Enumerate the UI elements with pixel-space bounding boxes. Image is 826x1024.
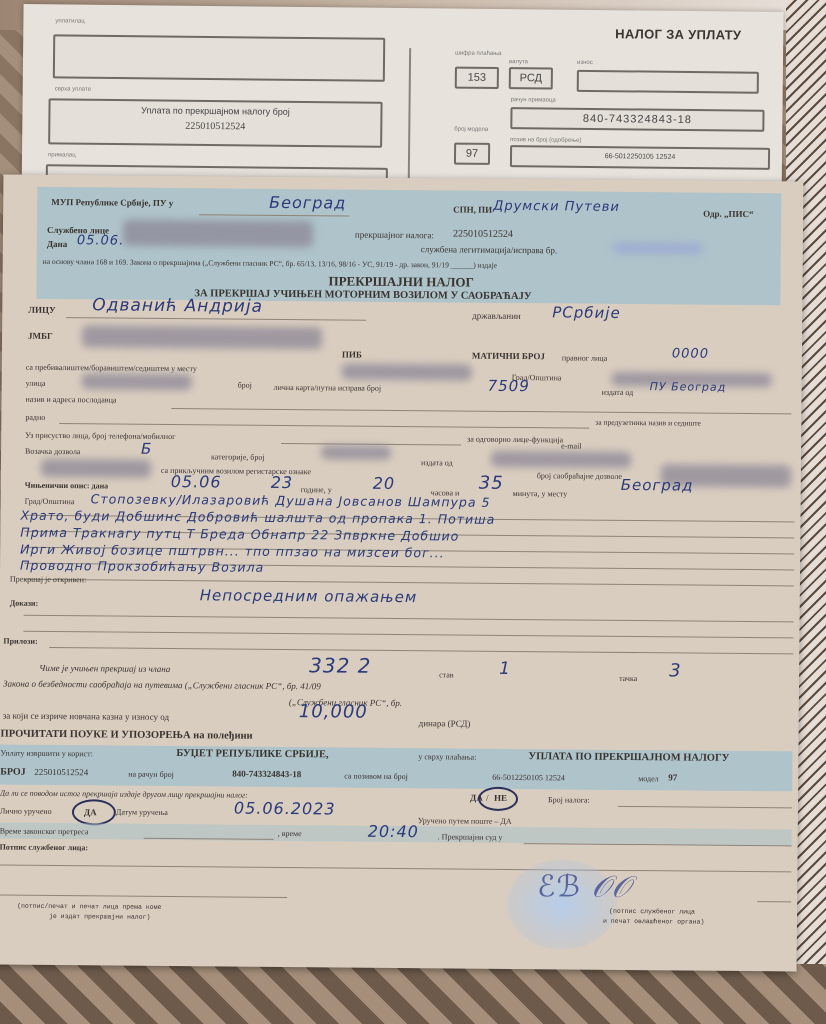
person-line — [66, 317, 366, 321]
pib-label: ПИБ — [342, 349, 362, 359]
offense-date-value: 05.06 — [171, 472, 222, 491]
payer-label: уплатилац — [55, 18, 84, 24]
payer-field — [53, 34, 385, 81]
payment-slip-title: НАЛОГ ЗА УПЛАТУ — [615, 26, 741, 42]
fine-amount: 10,000 — [299, 701, 368, 723]
time-value: 20:40 — [368, 822, 419, 841]
model-label: модел — [638, 774, 659, 783]
ref-value: 66-5012250105 12524 — [492, 773, 565, 783]
residence-label: са пребивалиштем/боравиштем/седиштем у м… — [26, 363, 197, 373]
description-line: Храто, буди Добшинс Добровић шалшта од п… — [20, 508, 495, 527]
license-issued-label: издата од — [421, 458, 453, 467]
category-label: категорије, број — [211, 452, 265, 461]
payment-code-field: 153 — [455, 67, 499, 89]
person-label: ЛИЦУ — [28, 305, 55, 315]
purpose-value: УПЛАТА ПО ПРЕКРШАЈНОМ НАЛОГУ — [528, 751, 729, 764]
redacted-street — [82, 373, 192, 390]
pay-to-value: БУЏЕТ РЕПУБЛИКЕ СРБИЈЕ, — [176, 748, 328, 760]
legal-entity-label: правног лица — [562, 353, 607, 362]
person-name-value: Одванић Андрија — [92, 295, 263, 316]
background-carpet-bottom — [0, 964, 826, 1024]
idcard-label: лична карта/путна исправа број — [274, 383, 382, 393]
description-line: Проводно Прокзобићању Возила — [20, 558, 264, 575]
model-value: 97 — [668, 772, 677, 782]
redacted-plate — [41, 459, 151, 478]
model-label: број модела — [454, 127, 488, 133]
ref-label: са позивом на број — [344, 772, 408, 782]
attachments-line — [49, 647, 793, 654]
jmbg-label: ЈМБГ — [28, 331, 53, 341]
purpose-label: у сврху плаћања: — [418, 752, 476, 762]
phone-label: Уз присуство лица, број телефона/мобилно… — [25, 431, 175, 441]
order-number-label: Број налога: — [548, 795, 590, 804]
purpose-order-number: 225010512524 — [50, 119, 380, 133]
other-person-question: Да ли се поводом истог прекршаја издаје … — [0, 789, 248, 800]
offense-minute-value: 35 — [479, 473, 504, 494]
license-category-value: Б — [141, 440, 152, 458]
law-label: Закона о безбедности саобраћаја на путев… — [3, 679, 321, 692]
minute-label: минута, у месту — [513, 489, 568, 498]
redacted-license-number — [321, 445, 391, 460]
document-title: ПРЕКРШАЈНИ НАЛОГ — [328, 273, 473, 290]
order-number-label: прекршајног налога: — [355, 230, 434, 241]
purpose-text: Уплата по прекршајном налогу број — [50, 104, 380, 117]
signature-caption-right-2: и печат овлашћеног органа) — [603, 918, 704, 926]
sign-line-1 — [0, 864, 791, 872]
order-num-label: БРОЈ — [0, 767, 26, 778]
signature-caption-right-1: (потпис службеног лица — [609, 908, 695, 916]
fine-intro: за који се изриче новчана казна у износу… — [3, 711, 169, 722]
model-field: 97 — [454, 143, 490, 165]
pay-to-label: Уплату извршити у корист: — [0, 749, 93, 759]
account-field: 840-743324843-18 — [510, 107, 764, 132]
idcard-issued-label: издата од — [602, 388, 634, 397]
account-label: рачун примаоца — [511, 97, 556, 103]
employer-line — [171, 408, 791, 414]
redacted-id — [613, 242, 703, 255]
payment-code-label: шифра плаћања — [455, 51, 501, 57]
point-value: 3 — [669, 660, 682, 681]
street-label: улица — [26, 379, 46, 388]
workplace-label: радно — [25, 413, 45, 422]
division-label: Одр. „ПИС“ — [703, 209, 754, 219]
sign-line-left — [0, 894, 287, 898]
id-label: службена легитимација/исправа бр. — [421, 244, 557, 255]
court-label: . Прекршајни суд у — [438, 832, 503, 842]
spn-label: СПН, ПИ — [453, 204, 492, 214]
delivered-circle-mark — [72, 799, 116, 825]
offense-date-label: Чињенични опис: дана — [25, 481, 109, 491]
recipient-label: прималац — [48, 152, 76, 158]
evidence-line — [24, 615, 794, 623]
city-field-label: Град/Општина — [25, 497, 75, 506]
mup-header: МУП Републике Србије, ПУ у — [51, 197, 173, 208]
signature-caption-left-2: је издат прекршајни налог) — [49, 913, 150, 921]
workplace-line — [59, 423, 589, 429]
article-value: 332 2 — [309, 653, 371, 678]
redacted-official-name — [123, 220, 313, 248]
warning-text: ПРОЧИТАТИ ПОУКЕ И УПОЗОРЕЊА на полеђини — [1, 729, 253, 742]
citizenship-value: РСрбије — [552, 303, 621, 322]
currency-label: валута — [509, 59, 528, 65]
date-label: Дана — [47, 239, 67, 249]
reference-field: 66-5012250105 12524 — [510, 145, 770, 170]
purpose-field: Уплата по прекршајном налогу број 225010… — [48, 98, 382, 147]
pu-city-value: Београд — [269, 193, 346, 213]
sign-line-right — [757, 901, 791, 902]
redacted-license-issuer — [491, 451, 631, 468]
number-label: број — [238, 381, 252, 390]
email-label: e-mail — [561, 441, 582, 450]
signature-caption-left-1: (потпис/печат и печат лица према коме — [17, 903, 161, 911]
reference-label: позив на број (одобрење) — [510, 137, 581, 144]
mb-value: 0000 — [672, 346, 709, 361]
desc-line-5 — [24, 579, 794, 587]
redacted-jmbg — [82, 325, 322, 349]
mb-label: МАТИЧНИ БРОЈ — [472, 351, 545, 362]
offense-place-value: Београд — [621, 476, 694, 495]
evidence-line-2 — [23, 631, 793, 639]
order-number-value: 225010512524 — [453, 228, 513, 240]
delivered-label: Лично уручено — [0, 807, 52, 816]
amount-label: износ — [577, 60, 593, 66]
account-label: на рачун број — [128, 770, 174, 779]
paragraph-value: 1 — [499, 659, 511, 679]
redacted-residence — [342, 363, 472, 380]
date-value: 05.06. — [77, 233, 124, 248]
idcard-issued-value: ПУ Београд — [650, 380, 727, 394]
fine-currency: динара (РСД) — [419, 718, 471, 728]
article-intro: Чиме је учињен прекршај из члана — [39, 663, 170, 674]
spn-value: Друмски Путеви — [493, 199, 620, 215]
evidence-value: Непосредним опажањем — [200, 586, 418, 606]
order-number-line — [618, 806, 792, 809]
currency-field: РСД — [509, 67, 553, 89]
description-line: Прима Тракнагу путц Т Бреда Обнапр 22 Зп… — [20, 525, 459, 544]
delivery-date-label: Датум уручења — [116, 808, 168, 817]
delivery-date-value: 05.06.2023 — [234, 799, 336, 819]
officer-signature: ℰℬ 𝒪𝒪 — [537, 869, 631, 905]
evidence-label: Докази: — [10, 599, 39, 608]
attachments-label: Прилози: — [3, 637, 37, 646]
permit-label: број саобраћајне дозволе — [537, 471, 622, 481]
idcard-value: 7509 — [488, 377, 530, 395]
time-label: , време — [278, 829, 302, 838]
officer-sign-label: Потпис службеног лица: — [0, 843, 88, 853]
point-label: тачка — [619, 674, 637, 683]
no-circle-mark — [478, 787, 518, 811]
responsible-label: за одговорно лице-функција — [467, 435, 563, 445]
detected-label: Прекршај је откривен: — [10, 575, 86, 585]
misdemeanor-order-form: МУП Републике Србије, ПУ у Београд СПН, … — [0, 175, 803, 972]
offense-year-value: 23 — [271, 473, 294, 492]
offense-hour-value: 20 — [373, 474, 396, 493]
account-value: 840-743324843-18 — [232, 769, 301, 780]
representative-label: за предузетника назив и седиште — [595, 418, 701, 428]
citizenship-label: држављанин — [472, 311, 521, 321]
employer-label: назив и адреса послодавца — [25, 395, 116, 405]
postal-delivery: Уручено путем поште – ДА — [418, 816, 512, 826]
paragraph-label: став — [439, 670, 454, 679]
amount-field — [577, 70, 759, 94]
search-label: Време законског претреса — [0, 827, 88, 837]
license-label: Возачка дозвола — [25, 447, 81, 456]
purpose-label: сврха уплате — [55, 86, 91, 92]
order-num-value: 225010512524 — [34, 767, 88, 777]
description-line: Стопозевку/Илазаровић Душана Јовсанов Ша… — [91, 491, 491, 509]
